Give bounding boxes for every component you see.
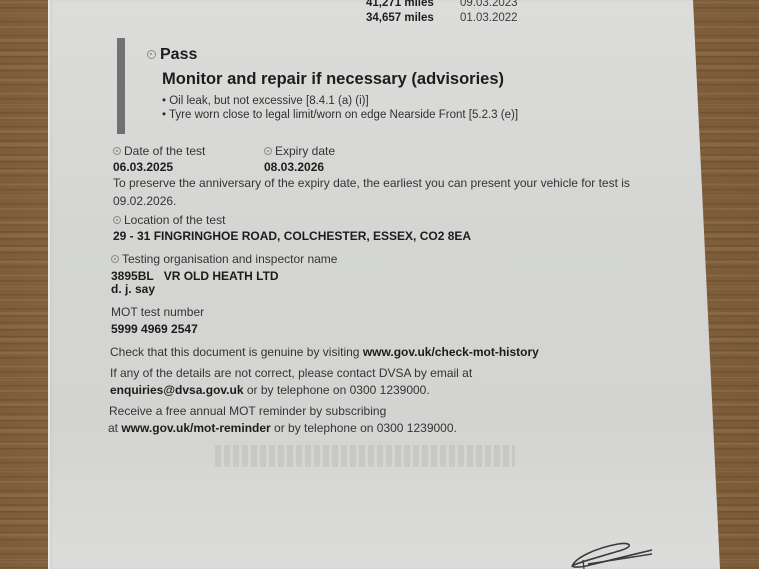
history-row: 34,657 miles 01.03.2022 (366, 12, 434, 24)
location-value: 29 - 31 FINGRINGHOE ROAD, COLCHESTER, ES… (113, 229, 471, 243)
test-date-label: Date of the test (113, 144, 205, 158)
contact-line2: enquiries@dvsa.gov.uk or by telephone on… (110, 383, 430, 397)
reminder-line1: Receive a free annual MOT reminder by su… (109, 404, 386, 418)
result-status-text: Pass (160, 46, 197, 63)
paper-edge (48, 0, 50, 569)
organisation-value: 3895BL VR OLD HEATH LTD (111, 269, 279, 283)
contact-line1: If any of the details are not correct, p… (110, 366, 472, 380)
mot-reminder-link[interactable]: www.gov.uk/mot-reminder (121, 421, 270, 435)
test-date-value: 06.03.2025 (113, 160, 173, 174)
history-row: 41,271 miles 09.03.2023 (366, 0, 434, 9)
signature (566, 538, 662, 569)
advisory-item: • Tyre worn close to legal limit/worn on… (162, 109, 518, 121)
info-circle-icon (147, 50, 156, 59)
check-mot-history-link[interactable]: www.gov.uk/check-mot-history (363, 345, 539, 359)
history-mileage: 34,657 miles (366, 12, 434, 24)
anniversary-note-line1: To preserve the anniversary of the expir… (113, 176, 630, 190)
advisory-item: • Oil leak, but not excessive [8.4.1 (a)… (162, 95, 369, 107)
history-date: 01.03.2022 (460, 12, 518, 24)
clock-icon (264, 147, 272, 155)
mot-number-label: MOT test number (111, 305, 204, 319)
mot-number-value: 5999 4969 2547 (111, 322, 198, 336)
history-mileage: 41,271 miles (366, 0, 434, 9)
expiry-date-label: Expiry date (264, 144, 335, 158)
organisation-code: 3895BL (111, 269, 154, 283)
expiry-date-value: 08.03.2026 (264, 160, 324, 174)
location-label: Location of the test (113, 213, 225, 227)
result-status: Pass (147, 46, 197, 64)
inspector-name: d. j. say (111, 282, 155, 296)
history-date: 09.03.2023 (460, 0, 518, 9)
check-genuine-text: Check that this document is genuine by v… (110, 345, 539, 359)
advisory-bar (117, 38, 125, 134)
person-icon (111, 255, 119, 263)
organisation-name: VR OLD HEATH LTD (164, 269, 279, 283)
anniversary-note-line2: 09.02.2026. (113, 194, 176, 208)
reminder-line2: at www.gov.uk/mot-reminder or by telepho… (108, 421, 457, 435)
organisation-label: Testing organisation and inspector name (111, 252, 337, 266)
calendar-icon (113, 147, 121, 155)
advisory-heading: Monitor and repair if necessary (advisor… (162, 70, 504, 89)
location-icon (113, 216, 121, 224)
reverse-side-show-through (215, 445, 515, 467)
dvsa-email-link[interactable]: enquiries@dvsa.gov.uk (110, 383, 244, 397)
